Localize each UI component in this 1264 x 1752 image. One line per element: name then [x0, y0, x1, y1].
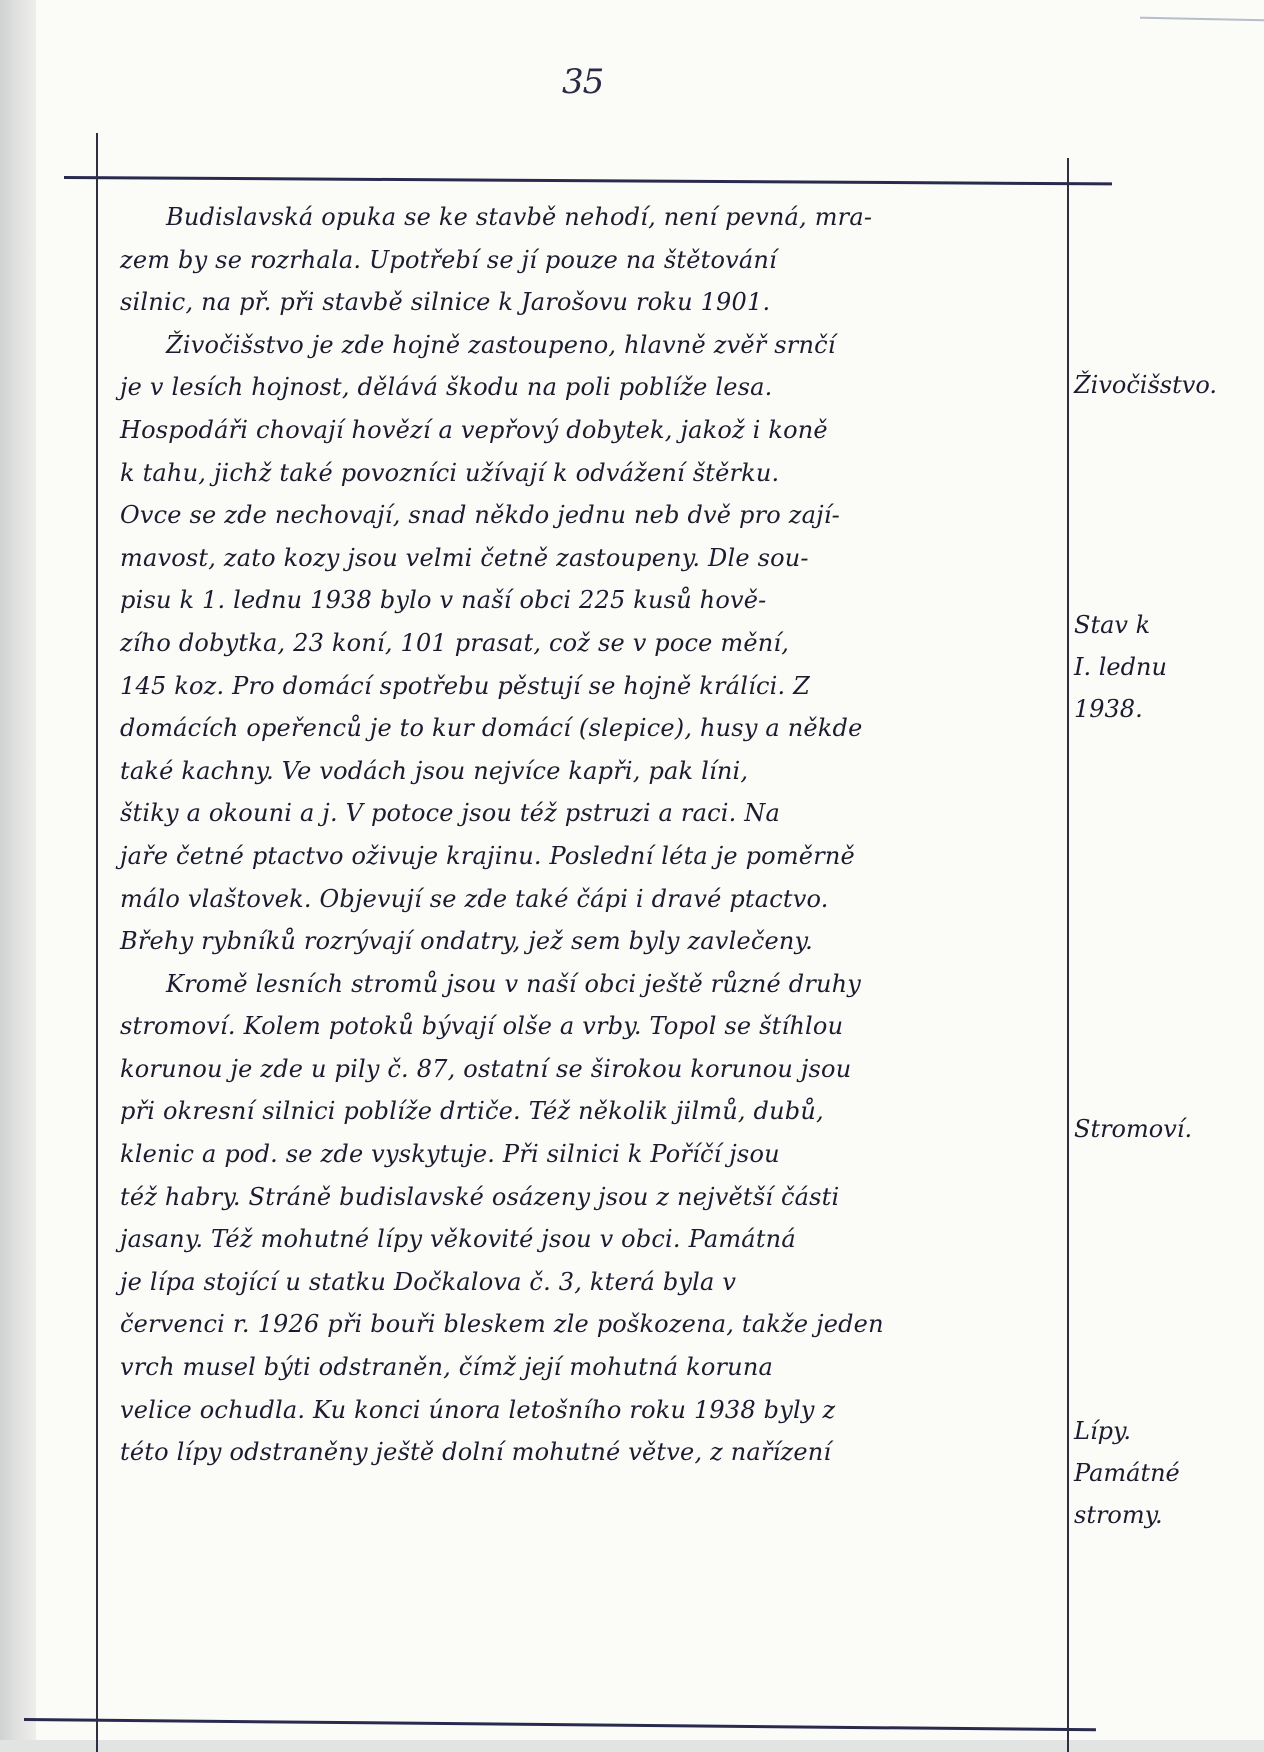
text-line: silnic, na př. při stavbě silnice k Jaro…: [120, 281, 1070, 324]
margin-note-line: 1938.: [1074, 688, 1167, 730]
text-line: červenci r. 1926 při bouři bleskem zle p…: [120, 1303, 1070, 1346]
text-line: Živočišstvo je zde hojně zastoupeno, hla…: [120, 324, 1070, 367]
margin-note-line: Stromoví.: [1074, 1108, 1192, 1150]
text-line: je v lesích hojnost, dělává škodu na pol…: [120, 366, 1070, 409]
text-line: jaře četné ptactvo oživuje krajinu. Posl…: [120, 835, 1070, 878]
margin-note-line: Stav k: [1074, 604, 1167, 646]
scanner-edge-left: [0, 0, 36, 1752]
margin-note-line: stromy.: [1074, 1494, 1180, 1536]
text-line: Břehy rybníků rozrývají ondatry, jež sem…: [120, 920, 1070, 963]
text-line: klenic a pod. se zde vyskytuje. Při siln…: [120, 1133, 1070, 1176]
margin-note: Stav kI. lednu1938.: [1074, 604, 1167, 730]
text-line: při okresní silnici poblíže drtiče. Též …: [120, 1090, 1070, 1133]
text-line: korunou je zde u pily č. 87, ostatní se …: [120, 1048, 1070, 1091]
text-line: této lípy odstraněny ještě dolní mohutné…: [120, 1431, 1070, 1474]
scanner-edge-bottom: [0, 1740, 1264, 1752]
text-line: Budislavská opuka se ke stavbě nehodí, n…: [120, 196, 1070, 239]
text-line: k tahu, jichž také povozníci užívají k o…: [120, 452, 1070, 495]
page-number: 35: [562, 62, 603, 102]
text-line: též habry. Stráně budislavské osázeny js…: [120, 1176, 1070, 1219]
text-line: pisu k 1. lednu 1938 bylo v naší obci 22…: [120, 579, 1070, 622]
text-line: Hospodáři chovají hovězí a vepřový dobyt…: [120, 409, 1070, 452]
margin-note-line: Lípy.: [1074, 1410, 1180, 1452]
margin-note: Živočišstvo.: [1074, 364, 1217, 406]
text-line: je lípa stojící u statku Dočkalova č. 3,…: [120, 1261, 1070, 1304]
handwritten-body: Budislavská opuka se ke stavbě nehodí, n…: [120, 196, 1070, 1474]
text-line: 145 koz. Pro domácí spotřebu pěstují se …: [120, 665, 1070, 708]
text-line: Ovce se zde nechovají, snad někdo jednu …: [120, 494, 1070, 537]
text-line: málo vlaštovek. Objevují se zde také čáp…: [120, 878, 1070, 921]
margin-note-line: Živočišstvo.: [1074, 364, 1217, 406]
text-line: domácích opeřenců je to kur domácí (slep…: [120, 707, 1070, 750]
margin-note: Stromoví.: [1074, 1108, 1192, 1150]
text-line: vrch musel býti odstraněn, čímž její moh…: [120, 1346, 1070, 1389]
text-line: mavost, zato kozy jsou velmi četně zasto…: [120, 537, 1070, 580]
margin-note: Lípy.Památnéstromy.: [1074, 1410, 1180, 1536]
text-line: zem by se rozrhala. Upotřebí se jí pouze…: [120, 239, 1070, 282]
left-margin-rule: [96, 133, 98, 1752]
margin-note-line: Památné: [1074, 1452, 1180, 1494]
text-line: stromoví. Kolem potoků bývají olše a vrb…: [120, 1005, 1070, 1048]
margin-note-line: I. lednu: [1074, 646, 1167, 688]
text-line: jasany. Též mohutné lípy věkovité jsou v…: [120, 1218, 1070, 1261]
text-line: štiky a okouni a j. V potoce jsou též ps…: [120, 792, 1070, 835]
text-line: také kachny. Ve vodách jsou nejvíce kapř…: [120, 750, 1070, 793]
text-line: Kromě lesních stromů jsou v naší obci je…: [120, 963, 1070, 1006]
text-line: zího dobytka, 23 koní, 101 prasat, což s…: [120, 622, 1070, 665]
text-line: velice ochudla. Ku konci února letošního…: [120, 1389, 1070, 1432]
